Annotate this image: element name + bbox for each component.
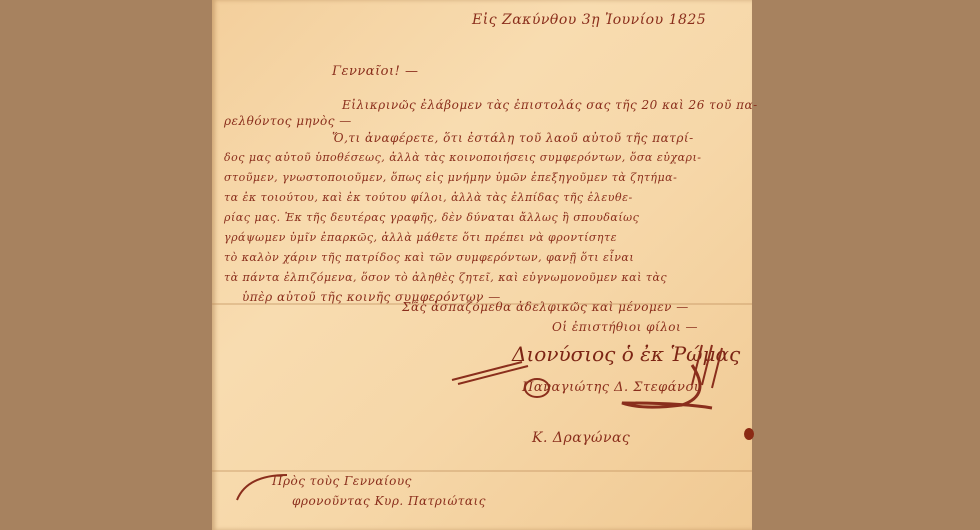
signature-flourish-icon (442, 340, 752, 410)
dateline: Εἰς Ζακύνθου 3ῃ Ἰουνίου 1825 (472, 12, 706, 28)
body-line: ρίας μας. Ἐκ τῆς δευτέρας γραφῆς, δὲν δύ… (224, 211, 639, 224)
body-line: Ὅ,τι ἀναφέρετε, ὅτι ἐστάλη τοῦ λαοῦ αὐτο… (332, 131, 694, 145)
body-line: ρελθόντος μηνὸς — (224, 114, 352, 128)
address-line: Πρὸς τοὺς Γενναίους (272, 474, 412, 488)
body-line: γράψωμεν ὑμῖν ἐπαρκῶς, ἀλλὰ μάθετε ὅτι π… (224, 231, 617, 244)
body-line: Σᾶς ἀσπαζόμεθα ἀδελφικῶς καὶ μένομεν — (402, 300, 689, 314)
body-line: στοῦμεν, γνωστοποιοῦμεν, ὅπως εἰς μνήμην… (224, 171, 677, 184)
address-line: φρονοῦντας Κυρ. Πατριώταις (292, 494, 486, 508)
body-line: τὰ πάντα ἐλπιζόμενα, ὅσον τὸ ἀληθὲς ζητε… (224, 271, 667, 284)
manuscript-page: Εἰς Ζακύνθου 3ῃ Ἰουνίου 1825 Γενναῖοι! —… (212, 0, 752, 530)
salutation: Γενναῖοι! — (332, 64, 418, 79)
body-line: Εἰλικρινῶς ἐλάβομεν τὰς ἐπιστολάς σας τῆ… (342, 98, 758, 112)
ink-stain (744, 428, 754, 440)
body-line: τα ἐκ τοιούτου, καὶ ἐκ τούτου φίλοι, ἀλλ… (224, 191, 633, 204)
paper-fold (212, 470, 752, 472)
signature-3: Κ. Δραγώνας (532, 430, 630, 446)
body-line: δος μας αὐτοῦ ὑποθέσεως, ἀλλὰ τὰς κοινοπ… (224, 151, 702, 164)
closing: Οἱ ἐπιστήθιοι φίλοι — (552, 320, 698, 334)
body-line: τὸ καλὸν χάριν τῆς πατρίδος καὶ τῶν συμφ… (224, 251, 634, 264)
